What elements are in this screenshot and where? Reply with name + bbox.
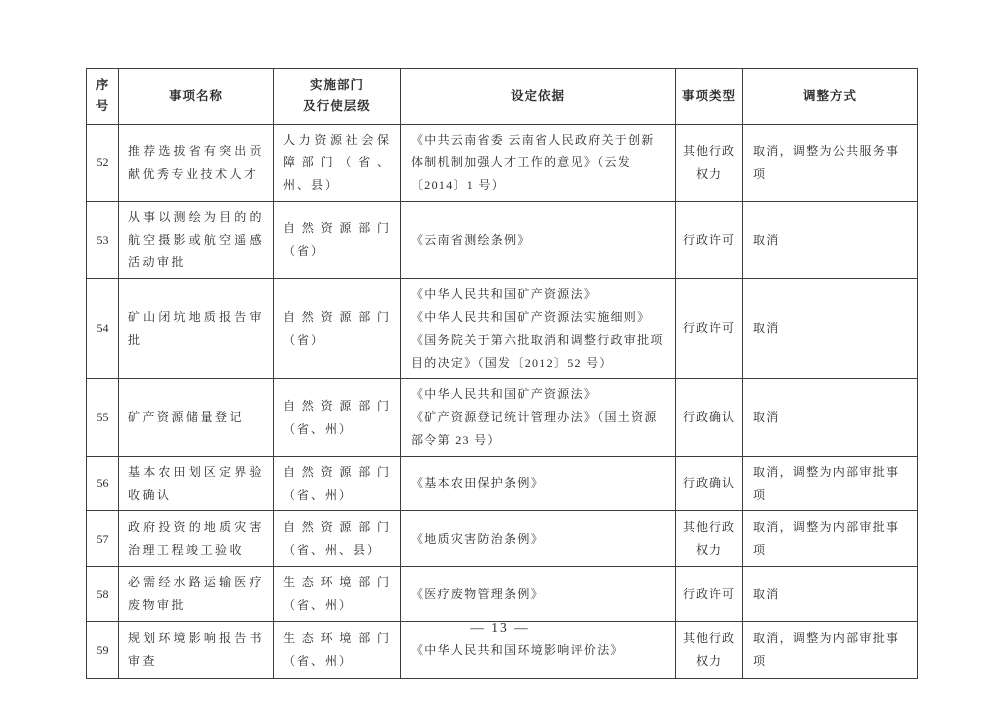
cell-item-type: 行政许可	[676, 201, 743, 278]
table-header-row: 序 号 事项名称 实施部门 及行使层级 设定依据 事项类型 调整方式	[87, 69, 918, 125]
cell-adjust-method: 取消	[743, 279, 918, 379]
table-row: 53 从事以测绘为目的的航空摄影或航空遥感活动审批 自然资源部门（省） 《云南省…	[87, 201, 918, 278]
cell-item-type: 其他行政权力	[676, 511, 743, 567]
cell-legal-basis: 《地质灾害防治条例》	[401, 511, 676, 567]
header-legal-basis: 设定依据	[401, 69, 676, 125]
cell-seq-no: 58	[87, 567, 119, 622]
cell-dept-level: 生态环境部门（省、州）	[274, 567, 401, 622]
cell-adjust-method: 取消，调整为内部审批事项	[743, 456, 918, 511]
cell-item-name: 矿产资源储量登记	[119, 379, 274, 456]
header-dept-level: 实施部门 及行使层级	[274, 69, 401, 125]
cell-seq-no: 52	[87, 124, 119, 201]
table-row: 57 政府投资的地质灾害治理工程竣工验收 自然资源部门（省、州、县） 《地质灾害…	[87, 511, 918, 567]
cell-dept-level: 自然资源部门（省、州）	[274, 379, 401, 456]
cell-legal-basis: 《中华人民共和国矿产资源法》 《中华人民共和国矿产资源法实施细则》 《国务院关于…	[401, 279, 676, 379]
document-page: 序 号 事项名称 实施部门 及行使层级 设定依据 事项类型 调整方式 52 推荐…	[0, 0, 1000, 707]
cell-seq-no: 57	[87, 511, 119, 567]
cell-legal-basis: 《云南省测绘条例》	[401, 201, 676, 278]
cell-item-name: 推荐选拔省有突出贡献优秀专业技术人才	[119, 124, 274, 201]
table-row: 54 矿山闭坑地质报告审批 自然资源部门（省） 《中华人民共和国矿产资源法》 《…	[87, 279, 918, 379]
cell-item-type: 其他行政权力	[676, 124, 743, 201]
cell-item-name: 矿山闭坑地质报告审批	[119, 279, 274, 379]
cell-seq-no: 53	[87, 201, 119, 278]
cell-item-name: 政府投资的地质灾害治理工程竣工验收	[119, 511, 274, 567]
cell-seq-no: 56	[87, 456, 119, 511]
cell-legal-basis: 《基本农田保护条例》	[401, 456, 676, 511]
cell-item-name: 必需经水路运输医疗废物审批	[119, 567, 274, 622]
cell-adjust-method: 取消	[743, 379, 918, 456]
cell-item-type: 行政确认	[676, 456, 743, 511]
header-item-name: 事项名称	[119, 69, 274, 125]
table-row: 56 基本农田划区定界验收确认 自然资源部门（省、州） 《基本农田保护条例》 行…	[87, 456, 918, 511]
table-row: 52 推荐选拔省有突出贡献优秀专业技术人才 人力资源社会保障部门（省、州、县） …	[87, 124, 918, 201]
header-item-type: 事项类型	[676, 69, 743, 125]
table-row: 58 必需经水路运输医疗废物审批 生态环境部门（省、州） 《医疗废物管理条例》 …	[87, 567, 918, 622]
cell-seq-no: 55	[87, 379, 119, 456]
table-row: 55 矿产资源储量登记 自然资源部门（省、州） 《中华人民共和国矿产资源法》 《…	[87, 379, 918, 456]
cell-adjust-method: 取消	[743, 567, 918, 622]
cell-legal-basis: 《中共云南省委 云南省人民政府关于创新体制机制加强人才工作的意见》（云发〔201…	[401, 124, 676, 201]
cell-seq-no: 54	[87, 279, 119, 379]
cell-legal-basis: 《医疗废物管理条例》	[401, 567, 676, 622]
cell-dept-level: 自然资源部门（省、州、县）	[274, 511, 401, 567]
page-number: — 13 —	[0, 620, 1000, 636]
cell-dept-level: 自然资源部门（省、州）	[274, 456, 401, 511]
cell-adjust-method: 取消，调整为内部审批事项	[743, 511, 918, 567]
header-seq-no: 序 号	[87, 69, 119, 125]
cell-dept-level: 自然资源部门（省）	[274, 279, 401, 379]
header-adjust-method: 调整方式	[743, 69, 918, 125]
cell-item-type: 行政许可	[676, 279, 743, 379]
cell-dept-level: 自然资源部门（省）	[274, 201, 401, 278]
cell-adjust-method: 取消，调整为公共服务事项	[743, 124, 918, 201]
cell-dept-level: 人力资源社会保障部门（省、州、县）	[274, 124, 401, 201]
cell-item-type: 行政确认	[676, 379, 743, 456]
cell-item-name: 从事以测绘为目的的航空摄影或航空遥感活动审批	[119, 201, 274, 278]
approval-items-table: 序 号 事项名称 实施部门 及行使层级 设定依据 事项类型 调整方式 52 推荐…	[86, 68, 918, 679]
cell-legal-basis: 《中华人民共和国矿产资源法》 《矿产资源登记统计管理办法》（国土资源部令第 23…	[401, 379, 676, 456]
cell-adjust-method: 取消	[743, 201, 918, 278]
cell-item-name: 基本农田划区定界验收确认	[119, 456, 274, 511]
cell-item-type: 行政许可	[676, 567, 743, 622]
